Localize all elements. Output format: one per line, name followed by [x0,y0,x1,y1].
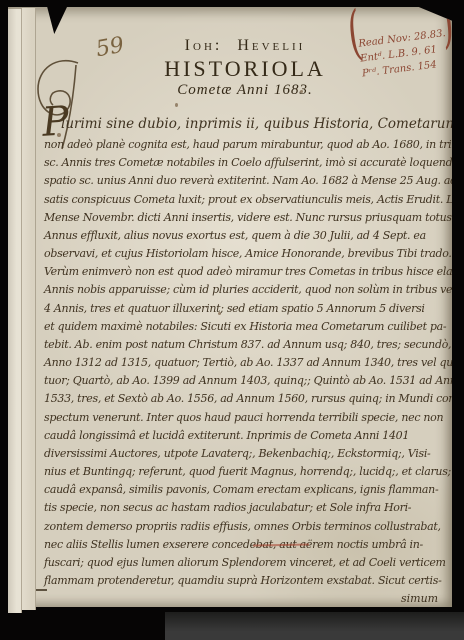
title-block: Ioh: Hevelii HISTORIOLA Cometæ Anni 1683… [145,37,345,99]
manuscript-line: et quidem maximè notabiles: Sicuti ex Hi… [44,318,452,336]
manuscript-line: tebit. Ab. enim post natum Christum 837.… [44,336,452,354]
manuscript-line: Verùm enimverò non est quod adeò miramur… [44,263,452,281]
manuscript-line: 1533, tres, et Sextò ab Ao. 1556, ad Ann… [44,390,452,408]
manuscript-line: Annus effluxit, alius novus exortus est,… [44,227,452,245]
manuscript-line: fuscari; quod ejus lumen aliorum Splendo… [44,554,452,572]
manuscript-line: satis conspicuus Cometa luxit; prout ex … [44,191,452,209]
manuscript-line: Annis nobis apparuisse; cùm id pluries a… [44,281,452,299]
manuscript-line: tuor; Quartò, ab Ao. 1399 ad Annum 1403,… [44,372,452,390]
manuscript-photo: 59 Ioh: Hevelii HISTORIOLA Cometæ Anni 1… [0,0,464,640]
manuscript-line: 4 Annis, tres et quatuor illuxerint; sed… [44,300,452,318]
manuscript-line: spatio sc. unius Anni duo reverà extiter… [44,172,452,190]
manuscript-line: nec aliis Stellis lumen exserere concede… [44,536,452,554]
librarian-note: ( ) Read Nov: 28.83.Entᵈ. L.B. 9. 61Pʳᵈ.… [358,26,452,82]
underleaf-edge-outer [8,9,22,613]
note-open-paren: ( [347,24,361,40]
manuscript-line: spectum venerunt. Inter quos haud pauci … [44,409,452,427]
manuscript-line: caudâ expansâ, similis pavonis, Comam er… [44,481,452,499]
ink-speck [175,103,178,107]
title-author-line: Ioh: Hevelii [145,37,345,55]
manuscript-line: observavi, et cujus Historiolam hisce, A… [44,245,452,263]
manuscript-line: zontem demerso propriis radiis effusis, … [44,518,452,536]
librarian-note-lines: Read Nov: 28.83.Entᵈ. L.B. 9. 61Pʳᵈ. Tra… [358,26,452,82]
manuscript-line: sc. Annis tres Cometæ notabiles in Coelo… [44,154,452,172]
note-close-paren: ) [440,13,452,29]
title-main: HISTORIOLA [145,56,345,82]
manuscript-line: Mense Novembr. dicti Anni insertis, vide… [44,209,452,227]
manuscript-line: non adeò planè cognita est, haud parum m… [44,136,452,154]
manuscript-page: 59 Ioh: Hevelii HISTORIOLA Cometæ Anni 1… [8,7,452,607]
catchword: simum [401,592,438,605]
title-subtitle: Cometæ Anni 1683. [145,82,345,99]
manuscript-line: lurimi sine dubio, inprimis ii, quibus H… [44,113,452,136]
folio-number: 59 [94,33,126,62]
table-surface [165,612,464,640]
manuscript-line: diversissimi Auctores, utpote Lavaterq;,… [44,445,452,463]
manuscript-line: flammam protenderetur, quamdiu suprà Hor… [44,572,452,590]
manuscript-line: caudâ longissimâ et lucidâ extiterunt. I… [44,427,452,445]
manuscript-line: nius et Buntingq; referunt, quod fuerit … [44,463,452,481]
manuscript-line: tis specie, non secus ac hastam radios j… [44,499,452,517]
underleaf-edge-inner [22,8,36,610]
manuscript-body: lurimi sine dubio, inprimis ii, quibus H… [44,113,452,590]
manuscript-line: Anno 1312 ad 1315, quatuor; Tertiò, ab A… [44,354,452,372]
